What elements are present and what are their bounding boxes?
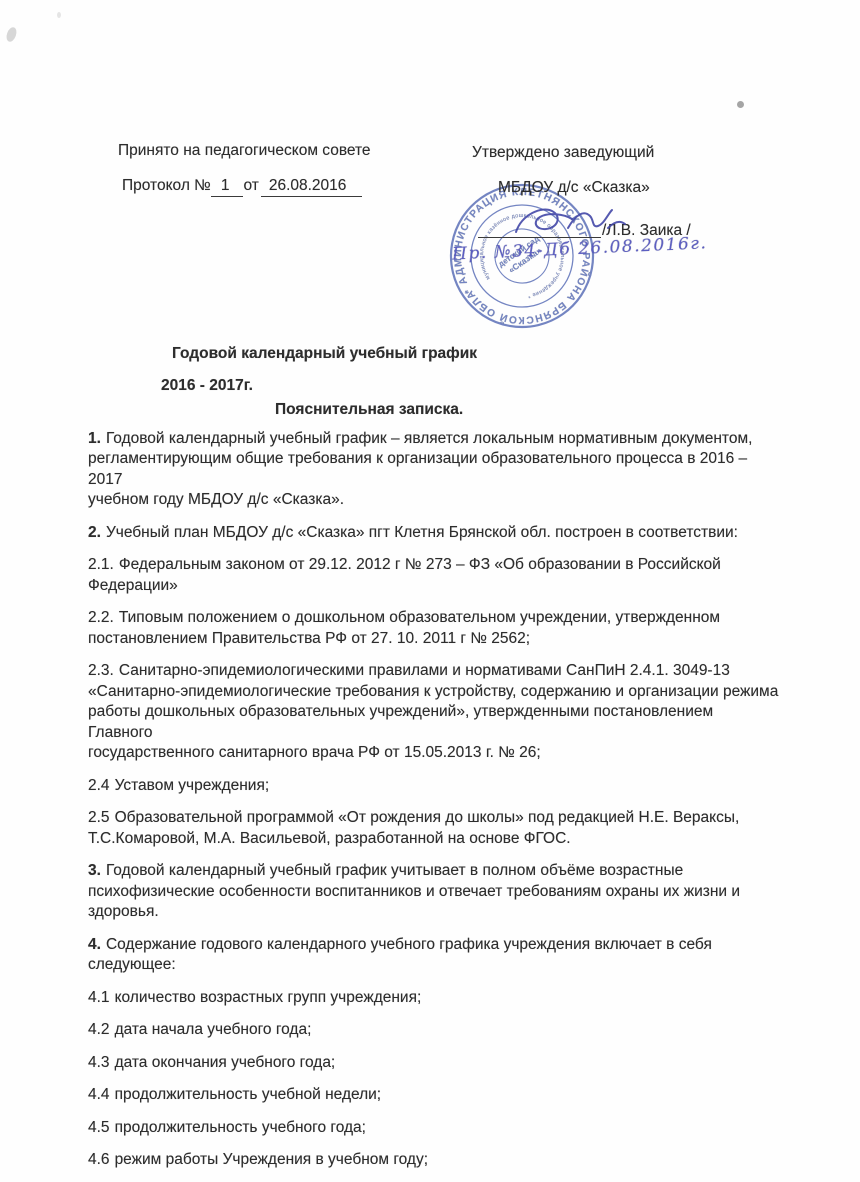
paragraph-number: 4.2 (88, 1021, 110, 1038)
paragraph-text: Содержание годового календарного учебног… (88, 936, 712, 974)
paragraph-2-1: 2.1.Федеральным законом от 29.12. 2012 г… (88, 555, 780, 596)
paragraph-text: дата начала учебного года; (115, 1021, 312, 1038)
approved-line: Утверждено заведующий (472, 144, 654, 162)
paragraph-number: 2. (88, 524, 101, 541)
document-year: 2016 - 2017г. (161, 376, 780, 397)
paragraph-text: продолжительность учебного года; (115, 1119, 366, 1136)
paragraph-3: 3.Годовой календарный учебный график учи… (88, 861, 780, 923)
protocol-number: 1 (221, 177, 230, 194)
paragraph-1: 1.Годовой календарный учебный график – я… (88, 429, 780, 511)
paragraph-4-3: 4.3дата окончания учебного года; (88, 1053, 780, 1074)
paragraph-number: 1. (88, 430, 101, 447)
paragraph-4-4: 4.4продолжительность учебной недели; (88, 1085, 780, 1106)
paragraph-text: Санитарно-эпидемиологическими правилами … (88, 662, 778, 761)
paragraph-text: Федеральным законом от 29.12. 2012 г № 2… (88, 556, 721, 594)
scan-speck (737, 101, 744, 108)
paragraph-number: 4.6 (88, 1151, 110, 1168)
paragraph-4-2: 4.2дата начала учебного года; (88, 1020, 780, 1041)
protocol-line: Протокол №1от26.08.2016 (122, 177, 371, 197)
document-body: Годовой календарный учебный график 2016 … (88, 338, 780, 1182)
paragraph-text: количество возрастных групп учреждения; (115, 989, 422, 1006)
paragraph-4: 4.Содержание годового календарного учебн… (88, 935, 780, 976)
paragraph-text: Уставом учреждения; (115, 777, 270, 794)
section-heading-explanatory-note: Пояснительная записка. (275, 400, 780, 421)
paragraph-number: 2.4 (88, 777, 110, 794)
paragraph-4-1: 4.1количество возрастных групп учреждени… (88, 988, 780, 1009)
paragraph-2-5: 2.5Образовательной программой «От рожден… (88, 808, 780, 849)
paragraph-4-5: 4.5продолжительность учебного года; (88, 1118, 780, 1139)
paragraph-text: Годовой календарный учебный график – явл… (88, 430, 752, 509)
document-title: Годовой календарный учебный график (172, 344, 780, 365)
paragraph-2-4: 2.4Уставом учреждения; (88, 776, 780, 797)
paragraph-text: Годовой календарный учебный график учиты… (88, 862, 740, 920)
accepted-line: Принято на педагогическом совете (118, 142, 371, 160)
organization-line: МБДОУ д/с «Сказка» (498, 179, 654, 197)
paragraph-text: Образовательной программой «От рождения … (88, 809, 739, 847)
paragraph-4-6: 4.6режим работы Учреждения в учебном год… (88, 1150, 780, 1171)
paragraph-number: 4.5 (88, 1119, 110, 1136)
protocol-number-blank: 1 (211, 177, 244, 197)
approval-block-right: Утверждено заведующий МБДОУ д/с «Сказка» (470, 144, 654, 197)
protocol-from: от (243, 177, 258, 194)
scanned-document-page: Принято на педагогическом совете Протоко… (0, 0, 860, 1182)
protocol-date-blank: 26.08.2016 (261, 177, 363, 197)
paragraph-text: режим работы Учреждения в учебном году; (115, 1151, 428, 1168)
scan-speck (5, 26, 19, 43)
paragraph-number: 4.1 (88, 989, 110, 1006)
protocol-date: 26.08.2016 (269, 177, 347, 194)
paragraph-number: 4. (88, 936, 101, 953)
scan-speck (57, 12, 61, 18)
paragraph-text: Типовым положением о дошкольном образова… (88, 609, 720, 647)
approval-block-left: Принято на педагогическом совете Протоко… (118, 142, 371, 197)
paragraph-number: 2.3. (88, 662, 114, 679)
paragraph-number: 4.4 (88, 1086, 110, 1103)
paragraph-number: 2.1. (88, 556, 114, 573)
protocol-label: Протокол № (122, 177, 211, 194)
paragraph-number: 3. (88, 862, 101, 879)
paragraph-number: 4.3 (88, 1054, 110, 1071)
paragraph-number: 2.2. (88, 609, 114, 626)
paragraph-number: 2.5 (88, 809, 110, 826)
paragraph-text: дата окончания учебного года; (115, 1054, 336, 1071)
paragraph-2-3: 2.3.Санитарно-эпидемиологическими правил… (88, 661, 780, 764)
paragraph-2-2: 2.2.Типовым положением о дошкольном обра… (88, 608, 780, 649)
paragraph-text: продолжительность учебной недели; (115, 1086, 382, 1103)
paragraph-2: 2.Учебный план МБДОУ д/с «Сказка» пгт Кл… (88, 523, 780, 544)
paragraph-text: Учебный план МБДОУ д/с «Сказка» пгт Клет… (106, 524, 738, 541)
